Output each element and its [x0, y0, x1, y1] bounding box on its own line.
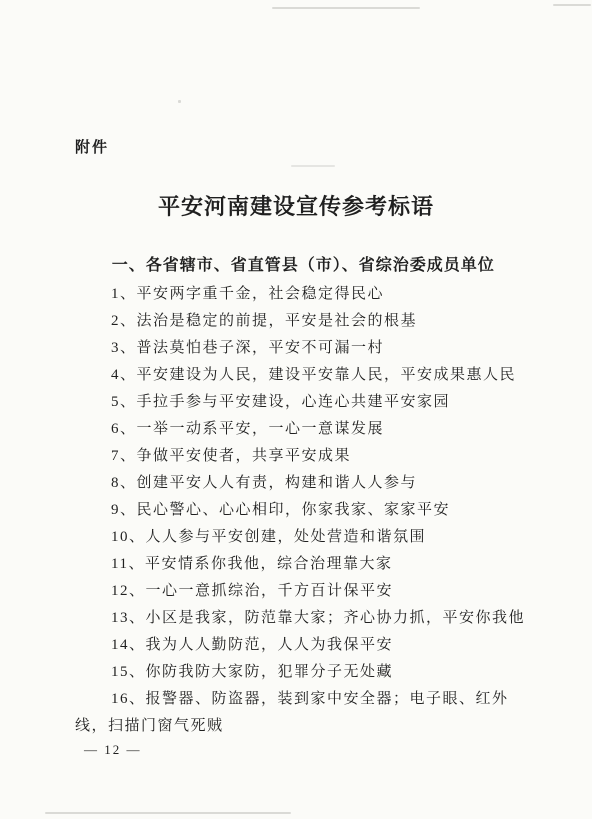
slogan-item: 3、普法莫怕巷子深，平安不可漏一村 [75, 335, 527, 362]
scan-artifact-dot [178, 100, 181, 103]
slogan-item: 12、一心一意抓综治，千方百计保平安 [75, 578, 527, 605]
slogan-item: 8、创建平安人人有责，构建和谐人人参与 [75, 470, 527, 497]
scan-artifact-above-title [291, 165, 335, 167]
slogan-item: 16、报警器、防盗器，装到家中安全器；电子眼、红外线，扫描门窗气死贼 [75, 686, 527, 740]
slogan-item: 6、一举一动系平安，一心一意谋发展 [75, 416, 527, 443]
slogan-item: 13、小区是我家，防范靠大家；齐心协力抓，平安你我他 [75, 605, 527, 632]
scan-artifact-bottom [45, 812, 291, 814]
slogan-item: 14、我为人人勤防范，人人为我保平安 [75, 632, 527, 659]
scan-artifact-top-right [553, 4, 591, 6]
attachment-label: 附件 [75, 136, 109, 157]
slogan-item: 1、平安两字重千金，社会稳定得民心 [75, 281, 527, 308]
slogan-list: 1、平安两字重千金，社会稳定得民心 2、法治是稳定的前提，平安是社会的根基 3、… [75, 281, 527, 740]
document-page: 附件 平安河南建设宣传参考标语 一、各省辖市、省直管县（市）、省综治委成员单位 … [0, 0, 592, 819]
slogan-item: 2、法治是稳定的前提，平安是社会的根基 [75, 308, 527, 335]
section-heading: 一、各省辖市、省直管县（市）、省综治委成员单位 [75, 254, 535, 278]
slogan-item: 9、民心警心、心心相印，你家我家、家家平安 [75, 497, 527, 524]
document-title: 平安河南建设宣传参考标语 [0, 190, 592, 221]
slogan-item: 7、争做平安使者，共享平安成果 [75, 443, 527, 470]
slogan-item: 10、人人参与平安创建，处处营造和谐氛围 [75, 524, 527, 551]
slogan-item: 11、平安情系你我他，综合治理靠大家 [75, 551, 527, 578]
slogan-item: 5、手拉手参与平安建设，心连心共建平安家园 [75, 389, 527, 416]
slogan-item: 15、你防我防大家防，犯罪分子无处藏 [75, 659, 527, 686]
scan-artifact-top [272, 7, 420, 9]
slogan-item: 4、平安建设为人民，建设平安靠人民，平安成果惠人民 [75, 362, 527, 389]
page-number: — 12 — [84, 742, 142, 758]
